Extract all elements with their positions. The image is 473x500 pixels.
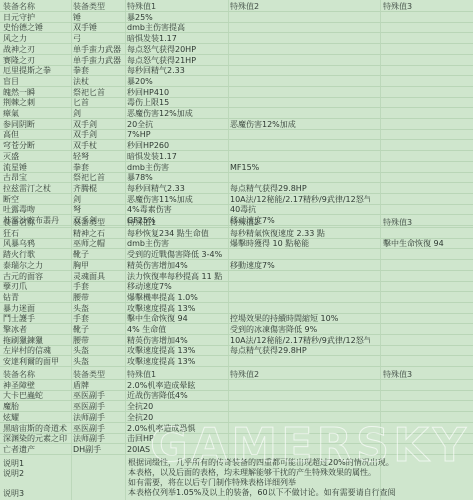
table-cell: dmb主伤害 [127, 163, 228, 172]
table-cell: 全抗20 [127, 402, 228, 411]
table-cell: 秒回HP410 [127, 88, 228, 97]
table-row: 盲目法杖暴20% [0, 77, 473, 87]
column-header: 特殊值2 [230, 218, 370, 227]
table-row: 黑暗宙斯的奇道术巫医副手2.0%机率造成恐惧 [0, 424, 473, 434]
note-line: 本表格仅列举1.05%及以上的装备，60以下不做讨论。如有需要请自行查阅 [128, 488, 473, 498]
table-cell: 2.0%机率造成恐惧 [127, 424, 228, 433]
table-cell: 暗惧发装1.17 [127, 152, 228, 161]
column-header: 装备类型 [73, 2, 125, 11]
table-row: 深渊染的元素之印法师副手击回HP [0, 434, 473, 444]
table-row: 孽刃爪手套移动速度7% [0, 282, 473, 292]
table-cell: 拖刷獵鍊獵 [3, 336, 71, 345]
table-cell: 剑 [73, 195, 125, 204]
table-row: 炫耀法师副手全抗20 [0, 413, 473, 423]
table-row: 流星锤拳套dmb主伤害MF15% [0, 163, 473, 173]
column-header: 特殊值1 [127, 2, 228, 11]
table-row: 穹苍分断双手杖秒回HP260 [0, 141, 473, 151]
table-cell: 盲目 [3, 77, 71, 86]
table-cell: 爆擊時獲得 10 點秘能 [230, 239, 370, 248]
table-cell: 毒伤上限15 [127, 98, 228, 107]
table-cell: 每点精气获得29.8HP [230, 184, 370, 193]
table-cell: 鬥士護手 [3, 314, 71, 323]
table-row: 赛隆之刃单手蛮力武器每点怒气获得21HP [0, 56, 473, 66]
column-header: 特殊值2 [230, 370, 370, 379]
table-cell: 吐露毒吻 [3, 205, 71, 214]
table-cell: 剑 [73, 109, 125, 118]
table-cell: 精英伤害增加4% [127, 336, 228, 345]
column-header: 装备类型 [73, 370, 125, 379]
table-cell: 暗惧发装1.17 [127, 34, 228, 43]
table-cell: 每点精气获得29.8HP [230, 346, 370, 355]
column-header: 装备类型 [73, 218, 125, 227]
table-row: 拖刷獵鍊獵腰带精英伤害增加4%10A法/12秘能/2.17精秒/9武律/12怒气 [0, 336, 473, 346]
table-cell: 巫医副手 [73, 391, 125, 400]
table-cell: 巫师之帽 [73, 239, 125, 248]
table-row: 风暴乌鸦巫师之帽dmb主伤害爆擊時獲得 10 點秘能擊中生命恢復 94 [0, 239, 473, 249]
table-row: 左岸村的信魂头盔攻擊速度提高 13%每点精气获得29.8HP [0, 346, 473, 356]
table-cell: 恶魔伤害12%加成 [127, 109, 228, 118]
table-cell: 风暴乌鸦 [3, 239, 71, 248]
table-cell: 锤 [73, 13, 125, 22]
table-row: 泰瑞尔之力胸甲精英伤害增加4%移動速度7% [0, 261, 473, 271]
table-cell: 魔胎 [3, 402, 71, 411]
table-cell: 古元的面容 [3, 272, 71, 281]
column-header: 装备名称 [3, 2, 71, 11]
table-cell: 头盔 [73, 304, 125, 313]
table-cell: 40毒抗 [230, 205, 370, 214]
table-cell: MF15% [230, 163, 370, 172]
table-row: 大卡巴蟲蛇巫医副手近战伤害降低4% [0, 391, 473, 401]
table-cell: 神圣障壁 [3, 381, 71, 390]
table-cell: 2.0%机率造成晕眩 [127, 381, 228, 390]
table-cell: 腰带 [73, 336, 125, 345]
table-cell: 瘴氣 [3, 109, 71, 118]
equipment-spreadsheet: 装备名称装备类型特殊值1特殊值2特殊值3日元守护锤暴25%史怡德之锤双手锤dmb… [0, 0, 473, 500]
table-cell: 狂石 [3, 229, 71, 238]
table-cell: 安達利爾的面甲 [3, 357, 71, 366]
table-cell: 每秒回精气2.33 [127, 184, 228, 193]
table-row: 风之力弓暗惧发装1.17 [0, 34, 473, 44]
table-cell: 受到的冰凍傷害降低 9% [230, 325, 370, 334]
table-cell: dmb主伤害提高 [127, 23, 228, 32]
table-row: 高但双手剑7%HP [0, 130, 473, 140]
table-cell: 4%毒素伤害 [127, 205, 228, 214]
table-row: 古昂宝祭祀匕首暴78% [0, 173, 473, 183]
table-cell: 魄然一瞬 [3, 88, 71, 97]
table-row: 日元守护锤暴25% [0, 13, 473, 23]
table-cell: 祭祀匕首 [73, 173, 125, 182]
table-cell: 单手蛮力武器 [73, 56, 125, 65]
table-cell: 精神之石 [73, 229, 125, 238]
table-cell: 盾牌 [73, 381, 125, 390]
table-row: 战神之刃单手蛮力武器每点怒气获得20HP [0, 45, 473, 55]
table-cell: 每秒恢复234 點生命值 [127, 229, 228, 238]
table-cell: 精英伤害增加4% [127, 261, 228, 270]
table-row: 瘴氣剑恶魔伤害12%加成 [0, 109, 473, 119]
table-row: 钻青腰带爆擊機率提高 1.0% [0, 293, 473, 303]
table-cell: 踏火行歌 [3, 250, 71, 259]
table-cell: 秒回HP260 [127, 141, 228, 150]
table-cell: 钻青 [3, 293, 71, 302]
table-cell: 暴25% [127, 13, 228, 22]
table-row: 断空剑恶魔伤害11%加成10A法/12秘能/2.17精秒/9武律/12怒气 [0, 195, 473, 205]
table-cell: 受到的近戰傷害降低 3-4% [127, 250, 228, 259]
table-row: 神圣障壁盾牌2.0%机率造成晕眩 [0, 381, 473, 391]
table-cell: 20IAS [127, 445, 228, 454]
table-cell: 腰带 [73, 293, 125, 302]
table-cell: 攻擊速度提高 13% [127, 346, 228, 355]
table-cell: 风之力 [3, 34, 71, 43]
table-cell: 暴20% [127, 77, 228, 86]
table-header-row: 装备名称装备类型特殊值1特殊值2特殊值3 [0, 370, 473, 380]
table-cell: 恶魔伤害11%加成 [127, 195, 228, 204]
table-cell: 胸甲 [73, 261, 125, 270]
column-header: 特殊值3 [383, 218, 473, 227]
table-cell: 攻擊速度提高 13% [127, 357, 228, 366]
table-cell: 靴子 [73, 325, 125, 334]
table-row: 史怡德之锤双手锤dmb主伤害提高 [0, 23, 473, 33]
table-row: 暴力迷面头盔攻擊速度提高 13% [0, 304, 473, 314]
note-label-3: 说明3 [3, 488, 24, 499]
table-cell: 每秒回精气2.33 [127, 66, 228, 75]
table-cell: 每点怒气获得20HP [127, 45, 228, 54]
table-cell: 移动速度7% [127, 282, 228, 291]
table-cell: 弓 [73, 34, 125, 43]
table-cell: 击回HP [127, 434, 228, 443]
table-cell: 每秒精氣恢復速度 2.33 點 [230, 229, 370, 238]
table-cell: 全抗20 [127, 413, 228, 422]
table-cell: 高但 [3, 130, 71, 139]
table-cell: 单手蛮力武器 [73, 45, 125, 54]
table-cell: DH副手 [73, 445, 125, 454]
table-cell: 祭祀匕首 [73, 88, 125, 97]
table-row: 吐露毒吻弩4%毒素伤害40毒抗 [0, 205, 473, 215]
table-cell: 双手锤 [73, 23, 125, 32]
table-cell: 流星锤 [3, 163, 71, 172]
table-cell: 爆擊機率提高 1.0% [127, 293, 228, 302]
table-cell: 7%HP [127, 130, 228, 139]
table-cell: 日元守护 [3, 13, 71, 22]
note-line: 如有需要，将在以后专门制作特殊表格详细列举 [128, 478, 473, 488]
table-cell: 擊中生命恢復 94 [127, 314, 228, 323]
note-label-2: 说明2 [3, 468, 24, 479]
table-cell: 战神之刃 [3, 45, 71, 54]
table-cell: 10A法/12秘能/2.17精秒/9武律/12怒气 [230, 336, 370, 345]
table-cell: 古昂宝 [3, 173, 71, 182]
table-cell: dmb主伤害 [127, 239, 228, 248]
table-cell: 巫医副手 [73, 402, 125, 411]
table-cell: 大卡巴蟲蛇 [3, 391, 71, 400]
table-cell: 手套 [73, 314, 125, 323]
table-cell: 赛隆之刃 [3, 56, 71, 65]
table-cell: 每点怒气获得21HP [127, 56, 228, 65]
note-line: 根据词缀性，几乎所有的传奇装备的四重都可能出现超过20%的情况出现。 [128, 458, 473, 468]
table-row: 鬥士護手手套擊中生命恢復 94控場效果的持續時間縮短 10% [0, 314, 473, 324]
table-header-row: 装备名称装备类型特殊值1特殊值2特殊值3 [0, 2, 473, 12]
table-cell: 靴子 [73, 250, 125, 259]
table-cell: 深渊染的元素之印 [3, 434, 71, 443]
table-cell: 暴78% [127, 173, 228, 182]
table-cell: 拳套 [73, 66, 125, 75]
table-cell: 擊中生命恢復 94 [383, 239, 473, 248]
table-cell: 双手剑 [73, 130, 125, 139]
table-cell: 穹苍分断 [3, 141, 71, 150]
table-cell: 手套 [73, 282, 125, 291]
table-cell: 左岸村的信魂 [3, 346, 71, 355]
table-cell: 法杖 [73, 77, 125, 86]
table-cell: 炫耀 [3, 413, 71, 422]
table-cell: 移動速度7% [230, 261, 370, 270]
table-cell: 泰瑞尔之力 [3, 261, 71, 270]
table-cell: 头盔 [73, 357, 125, 366]
table-row: 参同阴断双手剑20全抗恶魔伤害12%加成 [0, 120, 473, 130]
note-line: 本表格，以及后面的表格，均未理解能够干扰的产生特殊效果的属性。 [128, 468, 473, 478]
table-row: 狂石精神之石每秒恢复234 點生命值每秒精氣恢復速度 2.33 點 [0, 229, 473, 239]
column-header: 特殊值3 [383, 370, 473, 379]
table-row: 踏火行歌靴子受到的近戰傷害降低 3-4% [0, 250, 473, 260]
table-row: 荆棘之刺匕首毒伤上限15 [0, 98, 473, 108]
table-header-row: 装备名称装备类型特殊值1特殊值2特殊值3 [0, 218, 473, 228]
table-row: 古元的面容灵魂面具法力恢復率每秒提高 11 點 [0, 272, 473, 282]
table-cell: 拉兹雷汀之杖 [3, 184, 71, 193]
table-cell: 拳套 [73, 163, 125, 172]
table-cell: 4% 生命值 [127, 325, 228, 334]
table-row: 厄里提斯之拳拳套每秒回精气2.33 [0, 66, 473, 76]
column-header: 装备名称 [3, 218, 71, 227]
table-cell: 双手剑 [73, 120, 125, 129]
table-row: 魄然一瞬祭祀匕首秒回HP410 [0, 88, 473, 98]
table-cell: 10A法/12秘能/2.17精秒/9武律/12怒气 [230, 195, 370, 204]
table-row: 安達利爾的面甲头盔攻擊速度提高 13% [0, 357, 473, 367]
table-cell: 灭盛 [3, 152, 71, 161]
table-cell: 断空 [3, 195, 71, 204]
column-header: 特殊值3 [383, 2, 473, 11]
table-cell: 近战伤害降低4% [127, 391, 228, 400]
column-header: 特殊值1 [127, 218, 228, 227]
table-cell: 史怡德之锤 [3, 23, 71, 32]
table-cell: 控場效果的持續時間縮短 10% [230, 314, 370, 323]
column-header: 装备名称 [3, 370, 71, 379]
table-row: 拉兹雷汀之杖齐腾棍每秒回精气2.33每点精气获得29.8HP [0, 184, 473, 194]
table-cell: 亡者遗产 [3, 445, 71, 454]
table-cell: 轻弩 [73, 152, 125, 161]
table-cell: 恶魔伤害12%加成 [230, 120, 370, 129]
table-cell: 法力恢復率每秒提高 11 點 [127, 272, 228, 281]
table-cell: 黑暗宙斯的奇道术 [3, 424, 71, 433]
table-cell: 孽刃爪 [3, 282, 71, 291]
table-row: 擎冰者靴子4% 生命值受到的冰凍傷害降低 9% [0, 325, 473, 335]
table-cell: 擎冰者 [3, 325, 71, 334]
table-cell: 匕首 [73, 98, 125, 107]
table-cell: 20全抗 [127, 120, 228, 129]
table-row: 魔胎巫医副手全抗20 [0, 402, 473, 412]
table-cell: 参同阴断 [3, 120, 71, 129]
table-cell: 巫医副手 [73, 424, 125, 433]
table-cell: 双手杖 [73, 141, 125, 150]
column-header: 特殊值1 [127, 370, 228, 379]
table-cell: 攻擊速度提高 13% [127, 304, 228, 313]
table-cell: 弩 [73, 205, 125, 214]
column-header: 特殊值2 [230, 2, 370, 11]
table-cell: 厄里提斯之拳 [3, 66, 71, 75]
table-cell: 暴力迷面 [3, 304, 71, 313]
table-cell: 灵魂面具 [73, 272, 125, 281]
table-row: 亡者遗产DH副手20IAS [0, 445, 473, 455]
table-cell: 法师副手 [73, 413, 125, 422]
table-cell: 齐腾棍 [73, 184, 125, 193]
table-cell: 法师副手 [73, 434, 125, 443]
table-cell: 头盔 [73, 346, 125, 355]
table-cell: 荆棘之刺 [3, 98, 71, 107]
table-row: 灭盛轻弩暗惧发装1.17 [0, 152, 473, 162]
